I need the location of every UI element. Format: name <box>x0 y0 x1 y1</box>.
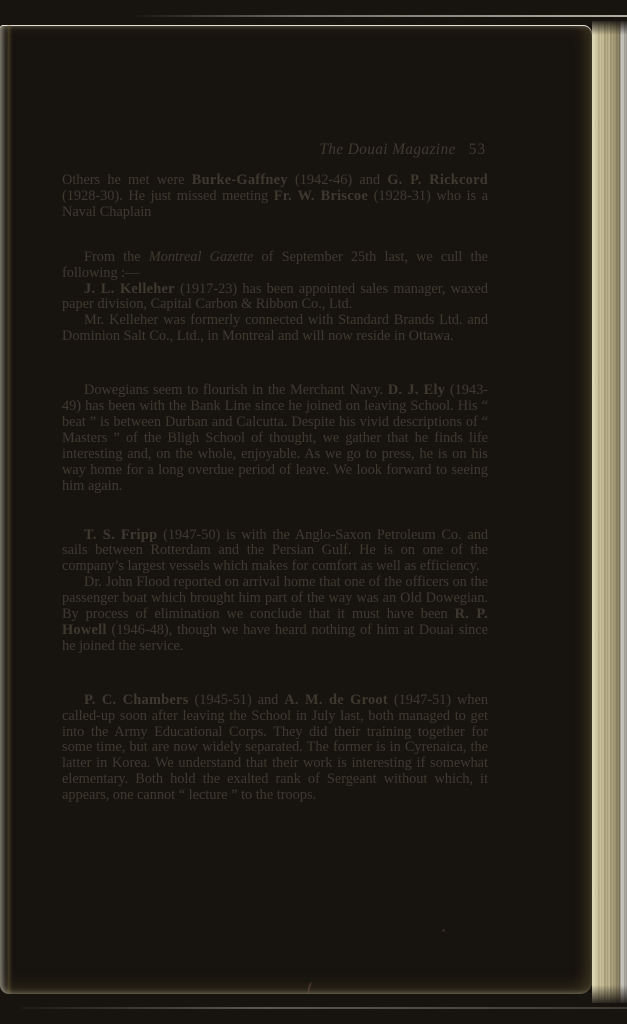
para-gazette-intro: From the Montreal Gazette of September 2… <box>62 250 488 282</box>
publication-title: Montreal Gazette <box>149 249 254 265</box>
text-segment: Dr. John Flood reported on arrival home … <box>62 574 488 622</box>
magazine-page: The Douai Magazine53 Others he met were … <box>0 25 592 994</box>
person-name: P. C. Chambers <box>84 692 189 708</box>
book-scan: The Douai Magazine53 Others he met were … <box>0 0 627 1024</box>
text-segment: Mr. Kelleher was formerly connected with… <box>62 312 488 344</box>
text-segment: (1943-49) has been with the Bank Line si… <box>62 382 488 493</box>
para-kelleher-appointment: J. L. Kelleher (1917-23) has been appoin… <box>62 282 488 314</box>
running-header: The Douai Magazine53 <box>62 141 486 159</box>
person-name: Burke-Gaffney <box>192 172 288 188</box>
person-name: D. J. Ely <box>388 382 445 398</box>
para-flood-howell: Dr. John Flood reported on arrival home … <box>62 575 488 655</box>
para-merchant-navy-ely: Dowegians seem to flourish in the Mercha… <box>62 383 488 494</box>
text-segment: (1947-51) when called-up soon after leav… <box>62 692 488 803</box>
page-number: 53 <box>469 141 486 158</box>
para-chambers-degroot: P. C. Chambers (1945-51) and A. M. de Gr… <box>62 693 488 804</box>
text-segment: (1946-48), though we have heard nothing … <box>62 622 488 654</box>
cover-edge-highlight-bottom <box>22 1007 627 1009</box>
person-name: A. M. de Groot <box>284 692 388 708</box>
scan-speck <box>442 929 445 932</box>
text-segment: (1945-51) and <box>189 692 285 708</box>
text-segment: (1928-30). He just missed meeting <box>62 188 274 204</box>
text-segment: From the <box>84 249 149 265</box>
cover-edge-highlight <box>130 15 627 17</box>
person-name: T. S. Fripp <box>84 527 157 543</box>
scan-smudge <box>307 981 316 994</box>
para-continuation: Others he met were Burke-Gaffney (1942-4… <box>62 173 488 221</box>
person-name: J. L. Kelleher <box>84 281 175 297</box>
magazine-title: The Douai Magazine <box>319 141 455 158</box>
page-edge-stack <box>592 21 627 1003</box>
para-kelleher-background: Mr. Kelleher was formerly connected with… <box>62 313 488 345</box>
person-name: G. P. Rickcord <box>387 172 488 188</box>
person-name: Fr. W. Briscoe <box>274 188 368 204</box>
page-gutter-fold <box>6 25 13 994</box>
printed-column: The Douai Magazine53 Others he met were … <box>62 141 488 804</box>
text-segment: (1942-46) and <box>288 172 388 188</box>
text-segment: Dowegians seem to flourish in the Mercha… <box>84 382 388 398</box>
text-segment: Others he met were <box>62 172 192 188</box>
para-fripp: T. S. Fripp (1947-50) is with the Anglo-… <box>62 528 488 576</box>
